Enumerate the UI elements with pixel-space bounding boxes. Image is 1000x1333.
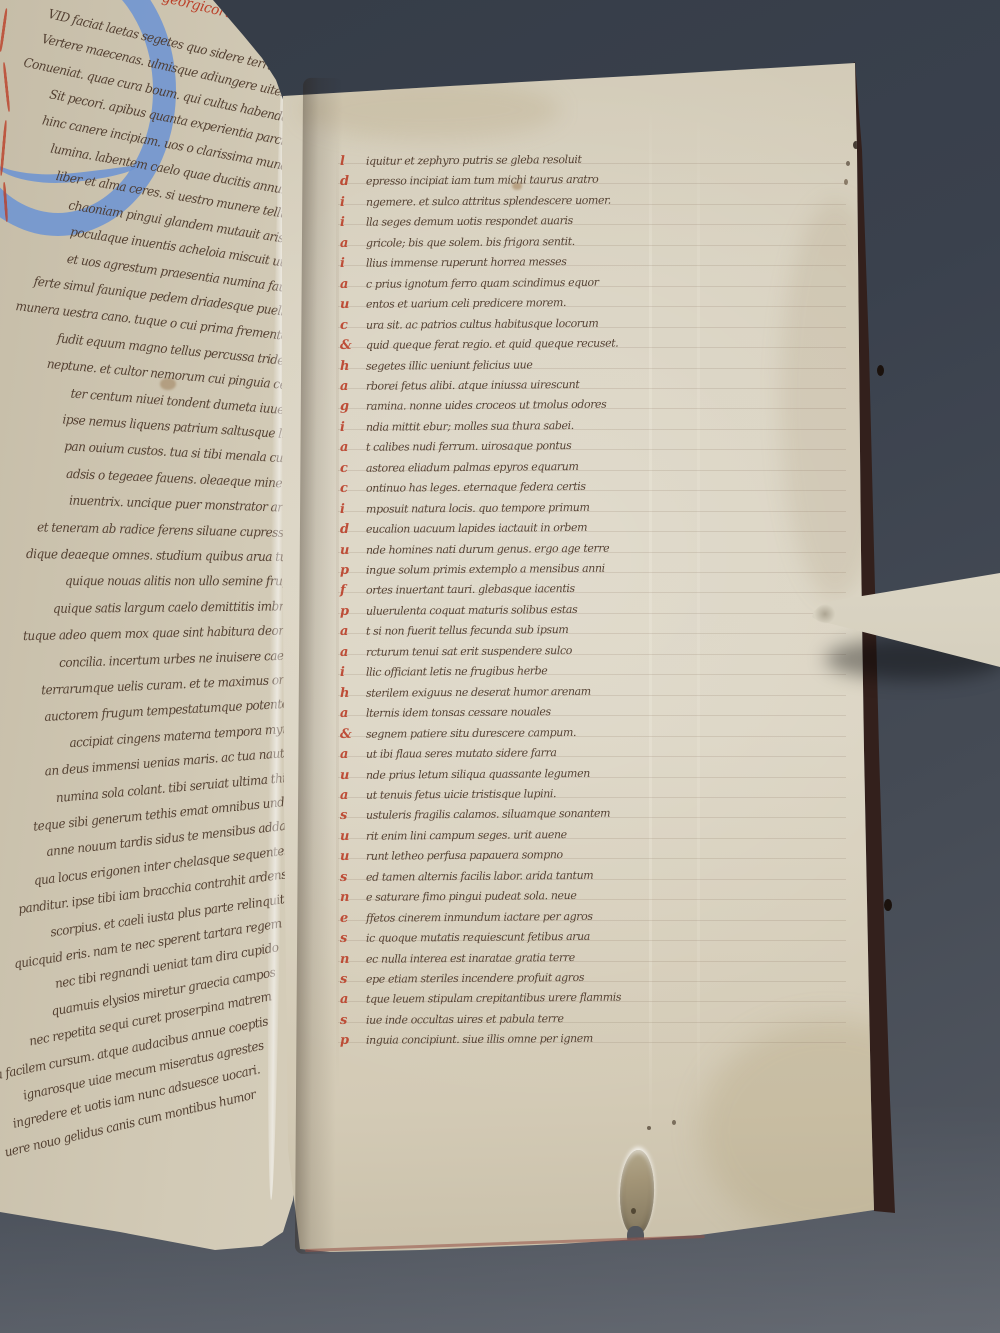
manuscript-line: auctorem frugum tempestatumque potentem	[44, 696, 299, 725]
verse-initial: n	[340, 951, 366, 966]
verse-text: llius immense ruperunt horrea messes	[366, 255, 567, 270]
verse-text: rcturum tenui sat erit suspendere sulco	[366, 644, 572, 659]
verse-initial: i	[340, 420, 366, 435]
verse-row: imposuit natura locis. quo tempore primu…	[340, 495, 590, 516]
verse-row: atque leuem stipulam crepitantibus urere…	[340, 986, 621, 1007]
ink-speck	[647, 1126, 651, 1130]
edge-nub	[884, 899, 892, 911]
manuscript-line: inuentrix. uncique puer monstrator aratr…	[68, 493, 301, 516]
verse-text: mposuit natura locis. quo tempore primum	[366, 500, 590, 515]
verse-initial: a	[340, 236, 366, 251]
verse-text: astorea eliadum palmas epyros equarum	[366, 460, 579, 475]
verse-initial: s	[340, 808, 366, 823]
verse-initial: a	[340, 440, 366, 455]
verse-text: quid queque ferat regio. et quid queque …	[366, 337, 618, 352]
verse-row: liquitur et zephyro putris se gleba reso…	[340, 148, 582, 169]
verse-initial: a	[340, 992, 366, 1007]
verse-text: llic officiant letis ne frugibus herbe	[366, 664, 547, 679]
verse-row: hsegetes illic ueniunt felicius uue	[340, 353, 533, 374]
verse-initial: f	[340, 583, 366, 598]
verse-initial: e	[340, 910, 366, 925]
verse-text: segetes illic ueniunt felicius uue	[366, 358, 533, 372]
verse-initial: s	[340, 870, 366, 885]
verse-text: epe etiam steriles incendere profuit agr…	[366, 971, 584, 986]
verse-text: ed tamen alternis facilis labor. arida t…	[366, 869, 593, 884]
verse-initial: i	[340, 665, 366, 680]
verse-initial: u	[340, 542, 366, 557]
verse-row: illic officiant letis ne frugibus herbe	[340, 659, 548, 680]
verse-initial: u	[340, 849, 366, 864]
verse-row: aut ibi flaua seres mutato sidere farra	[340, 741, 557, 762]
verse-row: cura sit. ac patrios cultus habitusque l…	[340, 311, 598, 332]
verse-text: ngemere. et sulco attritus splendescere …	[366, 194, 611, 209]
ink-speck	[672, 1120, 676, 1125]
verse-text: nde homines nati durum genus. ergo age t…	[366, 541, 609, 556]
verse-row: pinguia concipiunt. siue illis omne per …	[340, 1027, 593, 1048]
verse-row: uentos et uarium celi predicere morem.	[340, 291, 566, 312]
verse-initial: s	[340, 1013, 366, 1028]
verse-row: urit enim lini campum seges. urit auene	[340, 823, 567, 844]
verse-initial: i	[340, 195, 366, 210]
verse-text: nde prius letum siliqua quassante legume…	[366, 766, 590, 781]
verse-text: ic quoque mutatis requiescunt fetibus ar…	[366, 930, 590, 945]
verse-text: e saturare fimo pingui pudeat sola. neue	[366, 889, 577, 904]
manuscript-line: ipse nemus liquens patrium saltusque lic…	[62, 412, 302, 443]
verse-row: effetos cinerem inmundum iactare per agr…	[340, 904, 593, 925]
verse-row: sepe etiam steriles incendere profuit ag…	[340, 966, 584, 987]
verse-text: ingue solum primis extemplo a mensibus a…	[366, 562, 605, 577]
verse-row: at calibes nudi ferrum. uirosaque pontus	[340, 434, 571, 455]
verse-initial: d	[340, 522, 366, 537]
manuscript-line: concilia. incertum urbes ne inuisere cae…	[59, 647, 301, 670]
verse-text: ec nulla interea est inaratae gratia ter…	[366, 950, 575, 965]
verse-initial: s	[340, 931, 366, 946]
verse-text: lla seges demum uotis respondet auaris	[366, 214, 573, 229]
verse-row: agricole; bis que solem. bis frigora sen…	[340, 230, 575, 251]
verse-initial: &	[340, 338, 366, 353]
verse-initial: a	[340, 706, 366, 721]
ink-speck	[846, 161, 850, 166]
verse-row: unde homines nati durum genus. ergo age …	[340, 536, 609, 557]
verse-initial: a	[340, 788, 366, 803]
verse-row: hsterilem exiguus ne deserat humor arena…	[340, 679, 591, 700]
verse-row: fortes inuertant tauri. glebasque iacent…	[340, 577, 575, 598]
verse-row: alternis idem tonsas cessare nouales	[340, 700, 551, 721]
verse-text: ut ibi flaua seres mutato sidere farra	[366, 746, 557, 761]
verse-initial: i	[340, 215, 366, 230]
verse-text: gricole; bis que solem. bis frigora sent…	[366, 235, 575, 250]
verse-initial: c	[340, 317, 366, 332]
manuscript-line: quique nouas alitis non ullo semine frug…	[65, 574, 302, 589]
verse-row: siue inde occultas uires et pabula terre	[340, 1007, 564, 1028]
verse-row: sed tamen alternis facilis labor. arida …	[340, 864, 593, 885]
verse-initial: &	[340, 726, 366, 741]
verse-initial: a	[340, 624, 366, 639]
verse-row: aut tenuis fetus uicie tristisque lupini…	[340, 782, 556, 803]
verse-text: rborei fetus alibi. atque iniussa uiresc…	[366, 378, 579, 393]
verse-row: deucalion uacuum lapides iactauit in orb…	[340, 516, 587, 537]
verse-row: gramina. nonne uides croceos ut tmolus o…	[340, 393, 607, 414]
fold-streak	[697, 110, 700, 1120]
ink-speck	[844, 179, 848, 185]
verse-text: epresso incipiat iam tum michi taurus ar…	[366, 173, 598, 188]
verse-text: lternis idem tonsas cessare nouales	[366, 705, 551, 720]
verse-text: sterilem exiguus ne deserat humor arenam	[366, 684, 591, 699]
verse-row: unde prius letum siliqua quassante legum…	[340, 761, 590, 782]
verse-row: sustuleris fragilis calamos. siluamque s…	[340, 802, 610, 823]
ink-speck	[631, 1208, 636, 1214]
manuscript-line: tuque adeo quem mox quae sint habitura d…	[23, 623, 302, 644]
verse-initial: u	[340, 829, 366, 844]
verse-text: iquitur et zephyro putris se gleba resol…	[366, 153, 582, 168]
verse-row: &quid queque ferat regio. et quid queque…	[340, 332, 618, 353]
verse-initial: c	[340, 461, 366, 476]
verse-row: illius immense ruperunt horrea messes	[340, 250, 567, 271]
verse-row: pingue solum primis extemplo a mensibus …	[340, 557, 605, 578]
verse-initial: p	[340, 604, 366, 619]
verse-text: eucalion uacuum lapides iactauit in orbe…	[366, 521, 587, 536]
verse-text: t calibes nudi ferrum. uirosaque pontus	[366, 439, 571, 454]
verse-row: urunt letheo perfusa papauera sompno	[340, 843, 563, 864]
pointer-tip-shadow	[810, 600, 840, 628]
verse-initial: i	[340, 501, 366, 516]
verse-initial: u	[340, 767, 366, 782]
verse-text: iue inde occultas uires et pabula terre	[366, 1012, 564, 1027]
verse-text: ustuleris fragilis calamos. siluamque so…	[366, 807, 610, 822]
verse-row: illa seges demum uotis respondet auaris	[340, 209, 573, 230]
verse-initial: a	[340, 645, 366, 660]
verse-initial: d	[340, 174, 366, 189]
verse-text: ortes inuertant tauri. glebasque iacenti…	[366, 582, 575, 597]
verse-text: ontinuo has leges. eternaque federa cert…	[366, 480, 586, 495]
verse-row: india mittit ebur; molles sua thura sabe…	[340, 414, 574, 435]
verse-text: rit enim lini campum seges. urit auene	[366, 828, 567, 843]
manuscript-line: et teneram ab radice ferens siluane cupr…	[37, 519, 302, 540]
verse-text: runt letheo perfusa papauera sompno	[366, 848, 563, 863]
verse-initial: p	[340, 1033, 366, 1048]
verse-initial: s	[340, 972, 366, 987]
verse-text: entos et uarium celi predicere morem.	[366, 296, 566, 311]
verse-row: puluerulenta coquat maturis solibus esta…	[340, 598, 577, 619]
manuscript-line: quique satis largum caelo demittitis imb…	[53, 598, 302, 615]
verse-text: ut tenuis fetus uicie tristisque lupini.	[366, 787, 556, 802]
verse-text: segnem patiere situ durescere campum.	[366, 726, 576, 741]
verse-row: arborei fetus alibi. atque iniussa uires…	[340, 373, 579, 394]
verse-initial: a	[340, 747, 366, 762]
verse-initial: c	[340, 481, 366, 496]
verse-row: sic quoque mutatis requiescunt fetibus a…	[340, 925, 590, 946]
verse-row: ingemere. et sulco attritus splendescere…	[340, 189, 611, 210]
verse-row: ac prius ignotum ferro quam scindimus eq…	[340, 270, 599, 291]
verse-text: t si non fuerit tellus fecunda sub ipsum	[366, 623, 569, 638]
verse-initial: a	[340, 379, 366, 394]
manuscript-line: accipiat cingens materna tempora myrto	[69, 720, 299, 750]
edge-nub	[877, 365, 884, 376]
verse-text: inguia concipiunt. siue illis omne per i…	[366, 1032, 593, 1047]
manuscript-line: adsis o tegeaee fauens. oleaeque minerua	[66, 466, 302, 491]
manuscript-photo: Publii .V. Maronis georgicorum incipit V…	[0, 0, 1000, 1333]
verse-initial: p	[340, 563, 366, 578]
verse-initial: i	[340, 256, 366, 271]
verse-row: at si non fuerit tellus fecunda sub ipsu…	[340, 618, 569, 639]
verse-text: ramina. nonne uides croceos ut tmolus od…	[366, 398, 606, 413]
verse-initial: a	[340, 276, 366, 291]
verse-text: tque leuem stipulam crepitantibus urere …	[366, 991, 621, 1006]
verse-text: ffetos cinerem inmundum iactare per agro…	[366, 909, 593, 924]
verse-text: c prius ignotum ferro quam scindimus equ…	[366, 275, 599, 290]
verse-row: continuo has leges. eternaque federa cer…	[340, 475, 586, 496]
verse-initial: h	[340, 685, 366, 700]
gutter-shadow	[295, 78, 343, 1254]
verse-row: nec nulla interea est inaratae gratia te…	[340, 945, 575, 966]
manuscript-line: terrarumque uelis curam. et te maximus o…	[41, 672, 300, 698]
verse-initial: h	[340, 358, 366, 373]
parchment-hole	[619, 1149, 656, 1236]
verse-initial: u	[340, 297, 366, 312]
verse-row: arcturum tenui sat erit suspendere sulco	[340, 639, 572, 660]
verse-text: ura sit. ac patrios cultus habitusque lo…	[366, 316, 598, 331]
verse-text: ndia mittit ebur; molles sua thura sabei…	[366, 419, 574, 434]
verse-initial: g	[340, 399, 366, 414]
verse-row: depresso incipiat iam tum michi taurus a…	[340, 168, 598, 189]
verse-initial: l	[340, 154, 366, 169]
manuscript-line: pan ouium custos. tua si tibi menala cur…	[64, 439, 302, 467]
verse-row: castorea eliadum palmas epyros equarum	[340, 455, 579, 476]
verse-text: uluerulenta coquat maturis solibus estas	[366, 603, 577, 618]
verse-row: &segnem patiere situ durescere campum.	[340, 721, 576, 742]
manuscript-line: dique deaeque omnes. studium quibus arua…	[26, 546, 302, 564]
verse-row: ne saturare fimo pingui pudeat sola. neu…	[340, 884, 577, 905]
verse-initial: n	[340, 890, 366, 905]
